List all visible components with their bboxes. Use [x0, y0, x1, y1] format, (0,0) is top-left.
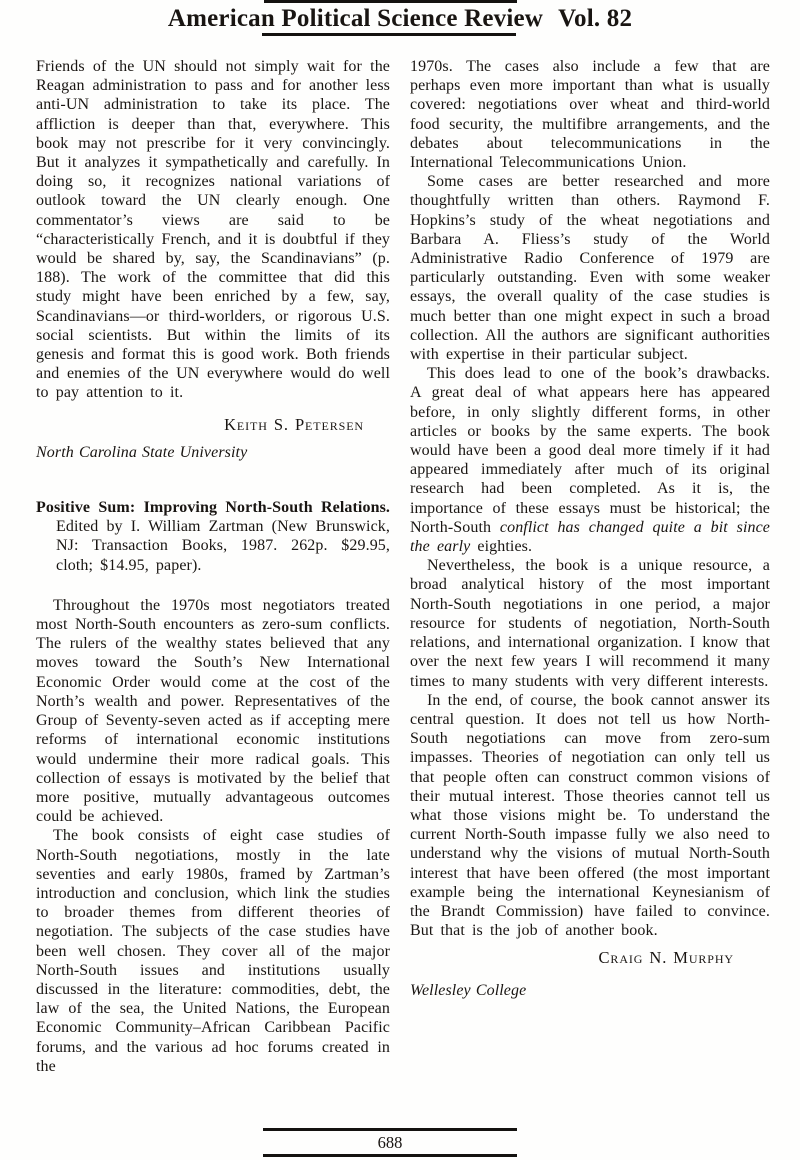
footer-bottom-rule [263, 1154, 517, 1157]
reviewer-byline: Craig N. Murphy [410, 948, 770, 967]
page-header: American Political Science ReviewVol. 82 [0, 5, 800, 33]
paragraph: In the end, of course, the book cannot a… [410, 691, 770, 941]
journal-title: American Political Science Review [168, 5, 543, 32]
book-citation: Positive Sum: Improving North-South Rela… [36, 498, 390, 575]
book-title: Positive Sum: Improving North-South Rela… [36, 499, 390, 516]
page-number: 688 [263, 1131, 517, 1154]
paragraph: This does lead to one of the book’s draw… [410, 364, 770, 556]
reviewer-byline: Keith S. Petersen [36, 415, 390, 434]
right-column: 1970s. The cases also include a few that… [410, 57, 770, 1000]
book-publication-info: Edited by I. William Zartman (New Brunsw… [56, 518, 390, 573]
page-footer: 688 [263, 1128, 517, 1157]
reviewer-affiliation: North Carolina State University [36, 443, 390, 462]
left-column: Friends of the UN should not simply wait… [36, 57, 390, 1076]
paragraph: 1970s. The cases also include a few that… [410, 57, 770, 172]
paragraph: Throughout the 1970s most negotiators tr… [36, 596, 390, 826]
paragraph: Some cases are better researched and mor… [410, 172, 770, 364]
journal-page: American Political Science ReviewVol. 82… [0, 0, 800, 1160]
reviewer-affiliation: Wellesley College [410, 981, 770, 1000]
volume-label: Vol. 82 [558, 5, 632, 32]
paragraph: Nevertheless, the book is a unique resou… [410, 556, 770, 690]
header-title-underline [262, 33, 516, 36]
paragraph: The book consists of eight case studies … [36, 826, 390, 1076]
header-top-rule [264, 0, 517, 3]
paragraph: Friends of the UN should not simply wait… [36, 57, 390, 403]
